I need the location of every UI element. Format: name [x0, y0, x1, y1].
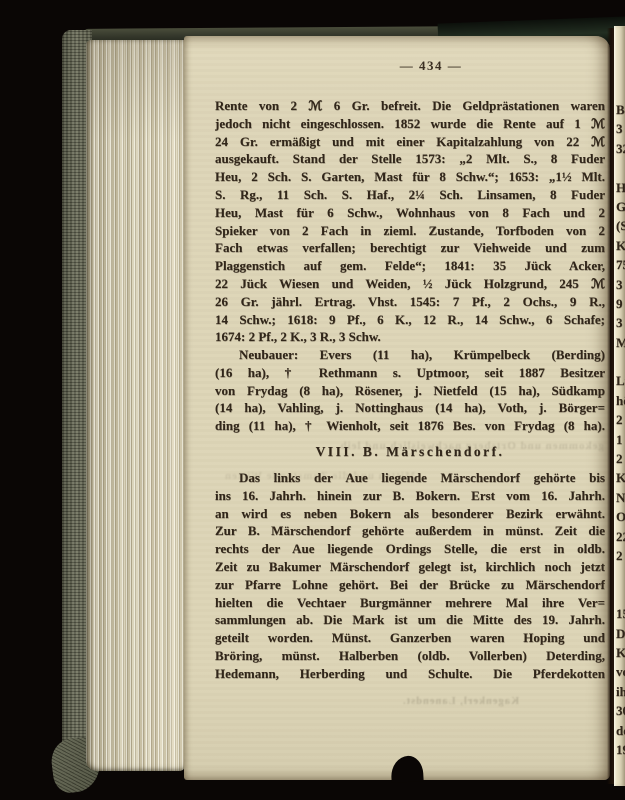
text-line: Hedemann, Herberding und Schulte. Die Pf… [215, 665, 605, 683]
text-line: 1674: 2 Pf., 2 K., 3 R., 3 Schw. [215, 328, 605, 346]
text-line: 2 [616, 449, 625, 468]
text-line: (14 ha), Vahling, j. Nottinghaus (14 ha)… [215, 399, 605, 417]
text-line: 2 [616, 546, 625, 565]
text-line: Zur B. Märschendorf gehörte außerdem in … [215, 522, 605, 540]
text-line: de [616, 721, 625, 740]
facing-page-sliver: B332 HG(SKu75393M Luhö212KoNiOd222 15DeK… [614, 26, 625, 786]
text-line [616, 585, 625, 604]
text-line: ding (11 ha), † Wienholt, seit 1876 Bes.… [215, 417, 605, 435]
text-line: S. Rg., 11 Sch. S. Haf., 2¼ Sch. Linsame… [215, 186, 605, 204]
text-line: M [616, 333, 625, 352]
text-line: G [616, 197, 625, 216]
text-line: 26 Gr. jährl. Ertrag. Vhst. 1545: 7 Pf.,… [215, 293, 605, 311]
text-line [616, 352, 625, 371]
text-line: Ko [616, 468, 625, 487]
text-line: zur Pfarre Lohne gehört. Bei der Brücke … [215, 576, 605, 594]
text-line: Neubauer: Evers (11 ha), Krümpelbeck (Be… [215, 346, 605, 364]
text-line: Lu [616, 371, 625, 390]
text-line: vo [616, 662, 625, 681]
text-line: 32 [616, 139, 625, 158]
text-line: Bröring, münst. Halberben (oldb. Vollerb… [215, 647, 605, 665]
text-line: 22 [616, 527, 625, 546]
book-photo: — 434 — gekommen und Ortsberg nachweisli… [0, 0, 625, 800]
text-line: Fach etwas verfallen; berechtigt zur Vie… [215, 239, 605, 257]
text-line: ausgekauft. Stand der Stelle 1573: „2 Ml… [215, 150, 605, 168]
text-line: ihr [616, 682, 625, 701]
text-line: Zeit zu Bakumer Märschendorf gelegt ist,… [215, 558, 605, 576]
page-number: — 434 — [236, 58, 610, 74]
text-line [616, 565, 625, 584]
text-line: Ku [616, 236, 625, 255]
text-line: rechts der Aue liegende Ordings Stelle, … [215, 540, 605, 558]
text-line: Heu, 2 Sch. S. Garten, Mast für 8 Schw.“… [215, 168, 605, 186]
bleedthrough-text: Kagenkerl, Lanendst. [402, 696, 519, 707]
text-line: sammlungen ab. Die Mark ist um die Mitte… [215, 611, 605, 629]
text-line: 22 Jück Wiesen und Weiden, ½ Jück Holzgr… [215, 275, 605, 293]
text-line: 3 [616, 275, 625, 294]
text-line: 1 [616, 430, 625, 449]
text-line: (S [616, 216, 625, 235]
text-line: Spieker von 2 Fach in zieml. Zustande, T… [215, 222, 605, 240]
text-line: an wird es neben Bokern als besonderer B… [215, 505, 605, 523]
text-line [616, 158, 625, 177]
text-line: B [616, 100, 625, 119]
text-line: hielten die Vechtaer Burgmänner mehrere … [215, 594, 605, 612]
page-block-fanned-edges [86, 40, 186, 771]
text-line: 3 [616, 313, 625, 332]
paragraph-rente-stelle: Rente von 2 ℳ 6 Gr. befreit. Die Geldprä… [215, 97, 605, 346]
text-line: Od [616, 507, 625, 526]
text-line: De [616, 624, 625, 643]
text-line: 19. [616, 740, 625, 759]
facing-page-text-fragments: B332 HG(SKu75393M Luhö212KoNiOd222 15DeK… [616, 100, 625, 759]
text-line: Das links der Aue liegende Märschendorf … [215, 469, 605, 487]
text-line: 3 [616, 119, 625, 138]
text-line: von Frydag (8 ha), Rösener, j. Nietfeld … [215, 382, 605, 400]
text-line: jedoch nicht eingeschlossen. 1852 wurde … [215, 115, 605, 133]
text-line: 24 Gr. ermäßigt und mit einer Kapitalzah… [215, 133, 605, 151]
text-line: Ka [616, 643, 625, 662]
text-line: 75 [616, 255, 625, 274]
paragraph-neubauer: Neubauer: Evers (11 ha), Krümpelbeck (Be… [215, 346, 605, 435]
text-line: 14 Schw.; 1618: 9 Pf., 6 K., 12 R., 14 S… [215, 311, 605, 329]
book-page: — 434 — gekommen und Ortsberg nachweisli… [184, 36, 610, 780]
text-line: ins 16. Jahrh. hinein zur B. Bokern. Ers… [215, 487, 605, 505]
text-line: 15 [616, 604, 625, 623]
text-line: (16 ha), † Rethmann s. Uptmoor, seit 188… [215, 364, 605, 382]
text-line: Plaggenstich auf gem. Felde“; 1841: 35 J… [215, 257, 605, 275]
text-line: 30 [616, 701, 625, 720]
text-line: geteilt worden. Münst. Ganzerben waren H… [215, 629, 605, 647]
text-line: H [616, 178, 625, 197]
paragraph-maerschendorf: Das links der Aue liegende Märschendorf … [215, 469, 605, 683]
text-line: Rente von 2 ℳ 6 Gr. befreit. Die Geldprä… [215, 97, 605, 115]
text-line: 9 [616, 294, 625, 313]
text-line: 2 [616, 410, 625, 429]
text-line: hö [616, 391, 625, 410]
text-line: Ni [616, 488, 625, 507]
text-line: Heu, Mast für 6 Schw., Wohnhaus von 8 Fa… [215, 204, 605, 222]
section-heading: VIII. B. Märschendorf. [215, 443, 605, 461]
